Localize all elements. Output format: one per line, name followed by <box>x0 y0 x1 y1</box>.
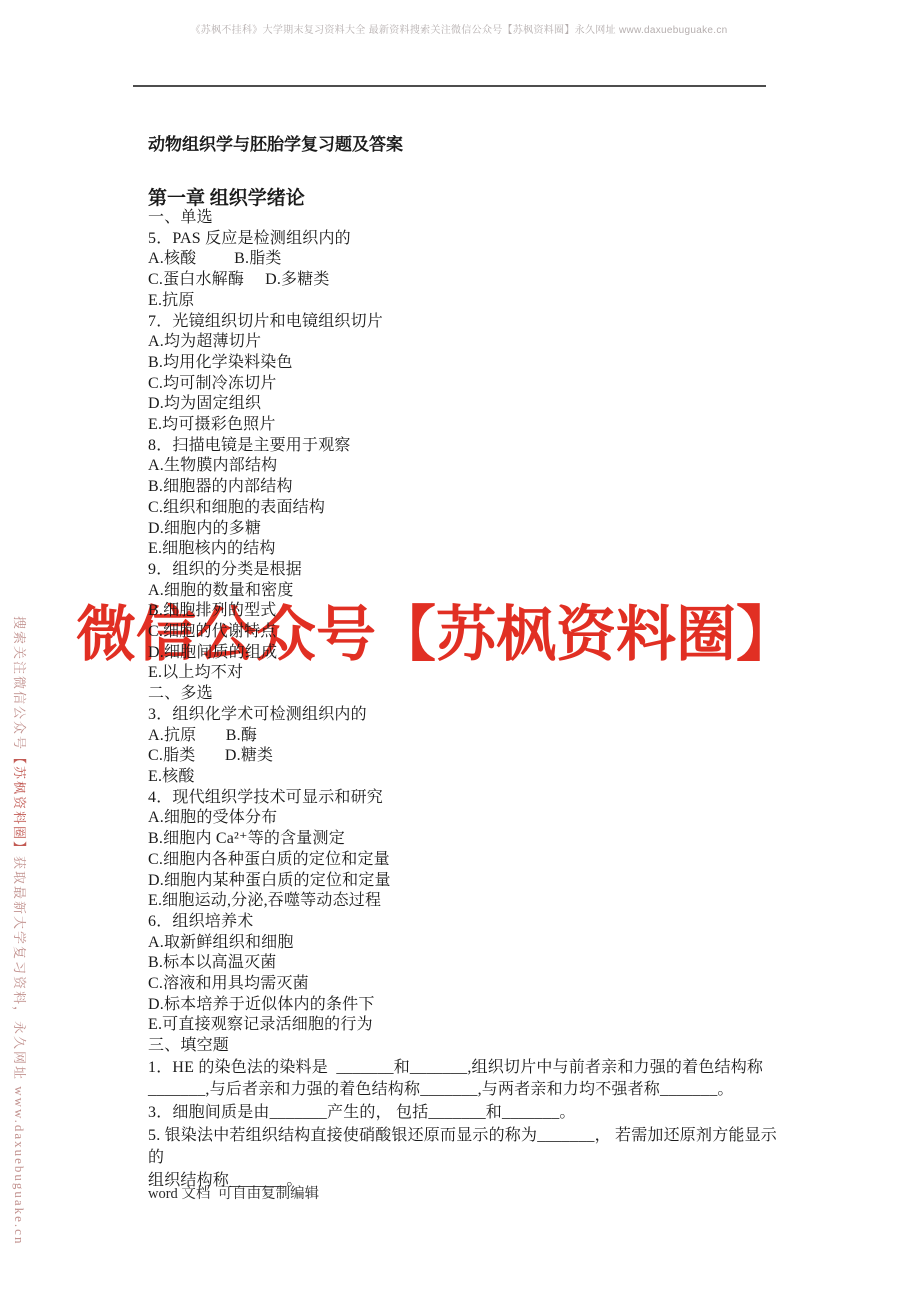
text-line: _______,与后者亲和力强的着色结构称_______,与两者亲和力均不强者称… <box>148 1079 788 1102</box>
text-line: D.标本培养于近似体内的条件下 <box>148 995 788 1016</box>
document-page: 《苏枫不挂科》大学期末复习资料大全 最新资料搜索关注微信公众号【苏枫资料圈】永久… <box>0 0 918 1298</box>
text-line: C.细胞的代谢特点 <box>148 622 788 643</box>
text-line: A.生物膜内部结构 <box>148 456 788 477</box>
text-line: C.脂类 D.糖类 <box>148 746 788 767</box>
sidebar-text-pre: 搜索关注微信公众号 <box>12 616 27 751</box>
text-line: D.细胞内的多糖 <box>148 519 788 540</box>
text-line: A.抗原 B.酶 <box>148 726 788 747</box>
text-line: D.细胞内某种蛋白质的定位和定量 <box>148 871 788 892</box>
text-line: C.溶液和用具均需灭菌 <box>148 974 788 995</box>
text-line: 3．细胞间质是由_______产生的， 包括_______和_______。 <box>148 1102 788 1125</box>
text-line: E.均可摄彩色照片 <box>148 415 788 436</box>
text-line: B.细胞器的内部结构 <box>148 477 788 498</box>
text-line: A.取新鲜组织和细胞 <box>148 933 788 954</box>
text-line: B.均用化学染料染色 <box>148 353 788 374</box>
text-line: 组织结构称_______。 <box>148 1170 788 1193</box>
sidebar-vertical-watermark: 搜索关注微信公众号【苏枫资料圈】获取最新大学复习资料，永久网址 www.daxu… <box>8 616 30 1076</box>
text-line: B.标本以高温灭菌 <box>148 953 788 974</box>
document-body: 一、单选5．PAS 反应是检测组织内的A.核酸 B.脂类C.蛋白水解酶 D.多糖… <box>148 208 788 1192</box>
text-line: C.细胞内各种蛋白质的定位和定量 <box>148 850 788 871</box>
page-header-text: 《苏枫不挂科》大学期末复习资料大全 最新资料搜索关注微信公众号【苏枫资料圈】永久… <box>0 21 918 36</box>
text-line: E.可直接观察记录活细胞的行为 <box>148 1015 788 1036</box>
text-line: A.均为超薄切片 <box>148 332 788 353</box>
text-line: A.核酸 B.脂类 <box>148 249 788 270</box>
fill-in-blank-lines: 1．HE 的染色法的染料是 _______和_______,组织切片中与前者亲和… <box>148 1057 788 1193</box>
text-line: C.组织和细胞的表面结构 <box>148 498 788 519</box>
text-line: 三、填空题 <box>148 1036 788 1057</box>
text-line: D.均为固定组织 <box>148 394 788 415</box>
text-line: 5．PAS 反应是检测组织内的 <box>148 229 788 250</box>
text-line: E.细胞核内的结构 <box>148 539 788 560</box>
text-line: 3．组织化学术可检测组织内的 <box>148 705 788 726</box>
text-line: B.细胞排列的型式 <box>148 601 788 622</box>
text-line: 一、单选 <box>148 208 788 229</box>
document-title: 动物组织学与胚胎学复习题及答案 <box>148 130 403 155</box>
text-line: 1．HE 的染色法的染料是 _______和_______,组织切片中与前者亲和… <box>148 1057 788 1080</box>
text-line: E.细胞运动,分泌,吞噬等动态过程 <box>148 891 788 912</box>
text-line: E.以上均不对 <box>148 663 788 684</box>
text-line: 二、多选 <box>148 684 788 705</box>
text-line: E.核酸 <box>148 767 788 788</box>
sidebar-text-brand: 【苏枫资料圈】 <box>12 751 27 856</box>
text-line: B.细胞内 Ca²⁺等的含量测定 <box>148 829 788 850</box>
sidebar-vertical-text: 搜索关注微信公众号【苏枫资料圈】获取最新大学复习资料，永久网址 www.daxu… <box>8 616 30 1076</box>
sidebar-text-post: 获取最新大学复习资料，永久网址 www.daxuebuguake.cn <box>12 856 27 1245</box>
text-line: C.蛋白水解酶 D.多糖类 <box>148 270 788 291</box>
question-lines: 一、单选5．PAS 反应是检测组织内的A.核酸 B.脂类C.蛋白水解酶 D.多糖… <box>148 208 788 1057</box>
text-line: D.细胞间质的组成 <box>148 643 788 664</box>
text-line: 6．组织培养术 <box>148 912 788 933</box>
chapter-heading: 第一章 组织学绪论 <box>148 183 305 210</box>
text-line: 7．光镜组织切片和电镜组织切片 <box>148 312 788 333</box>
header-divider <box>133 85 766 87</box>
text-line: 5. 银染法中若组织结构直接使硝酸银还原而显示的称为_______， 若需加还原… <box>148 1125 788 1170</box>
text-line: 9．组织的分类是根据 <box>148 560 788 581</box>
text-line: 8．扫描电镜是主要用于观察 <box>148 436 788 457</box>
text-line: C.均可制冷冻切片 <box>148 374 788 395</box>
text-line: A.细胞的数量和密度 <box>148 581 788 602</box>
text-line: 4．现代组织学技术可显示和研究 <box>148 788 788 809</box>
text-line: E.抗原 <box>148 291 788 312</box>
text-line: A.细胞的受体分布 <box>148 808 788 829</box>
